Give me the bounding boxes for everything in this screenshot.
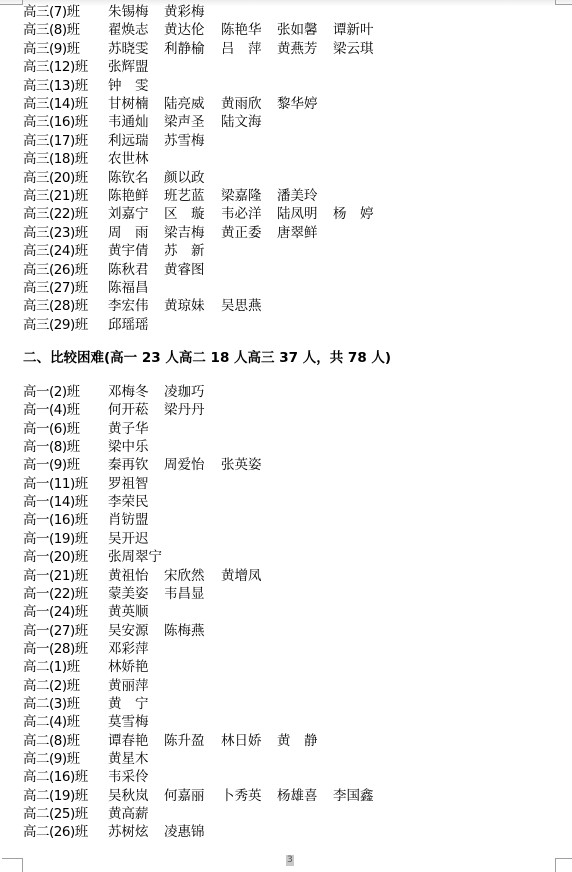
student-name: 黄高薪	[108, 805, 149, 823]
student-name: 黄星木	[108, 750, 149, 768]
class-label: 高三(26)班	[23, 261, 88, 279]
class-row: 高三(29)班邱瑶瑶	[0, 316, 572, 334]
class-label: 高一(2)班	[23, 383, 80, 401]
student-name: 刘嘉宁	[108, 205, 149, 223]
student-name: 黄正委	[221, 224, 262, 242]
student-name: 苏雪梅	[164, 132, 205, 150]
class-label: 高二(2)班	[23, 677, 80, 695]
student-name: 吴开迟	[108, 530, 149, 548]
page-number: 3	[286, 855, 294, 866]
student-name: 陈梅燕	[164, 622, 205, 640]
class-row: 高三(26)班陈秋君黄睿图	[0, 261, 572, 279]
margin-corner-bottom-left	[2, 858, 23, 872]
class-label: 高一(16)班	[23, 511, 88, 529]
student-name: 林娇艳	[108, 658, 149, 676]
class-label: 高一(6)班	[23, 420, 80, 438]
student-name: 莫雪梅	[108, 713, 149, 731]
class-row: 高三(28)班李宏伟黄琼妹吴思燕	[0, 297, 572, 315]
class-label: 高二(8)班	[23, 732, 80, 750]
student-name: 张英姿	[221, 456, 262, 474]
class-label: 高一(9)班	[23, 456, 80, 474]
student-name: 邱瑶瑶	[108, 316, 149, 334]
student-name: 张如馨	[277, 21, 318, 39]
class-row: 高三(16)班韦通灿梁声圣陆文海	[0, 113, 572, 131]
student-name: 韦昌显	[164, 585, 205, 603]
student-name: 李宏伟	[108, 297, 149, 315]
class-row: 高一(4)班何开菘梁丹丹	[0, 401, 572, 419]
class-row: 高一(2)班邓梅冬凌珈巧	[0, 383, 572, 401]
student-name: 唐翠鲜	[277, 224, 318, 242]
student-name: 农世林	[108, 150, 149, 168]
student-name: 苏晓雯	[108, 40, 149, 58]
student-name: 陈福昌	[108, 279, 149, 297]
class-row: 高二(8)班谭春艳陈升盈林日娇黄 静	[0, 732, 572, 750]
class-row: 高一(20)班张周翠宁	[0, 548, 572, 566]
class-row: 高三(27)班陈福昌	[0, 279, 572, 297]
student-name: 李国鑫	[333, 787, 374, 805]
student-name: 何嘉丽	[164, 787, 205, 805]
class-label: 高三(20)班	[23, 169, 88, 187]
class-row: 高二(2)班黄丽萍	[0, 677, 572, 695]
class-label: 高三(18)班	[23, 150, 88, 168]
class-label: 高三(29)班	[23, 316, 88, 334]
student-name: 周爱怡	[164, 456, 205, 474]
student-name: 陈升盈	[164, 732, 205, 750]
student-name: 韦必洋	[221, 205, 262, 223]
student-name: 罗祖智	[108, 475, 149, 493]
student-name: 张辉盟	[108, 58, 149, 76]
class-row: 高三(8)班翟焕志黄达伦陈艳华张如馨谭新叶	[0, 21, 572, 39]
class-row: 高三(23)班周 雨梁吉梅黄正委唐翠鲜	[0, 224, 572, 242]
class-row: 高二(16)班韦采伶	[0, 768, 572, 786]
student-name: 黄睿图	[164, 261, 205, 279]
student-name: 朱锡梅	[108, 3, 149, 21]
student-name: 韦采伶	[108, 768, 149, 786]
class-label: 高三(24)班	[23, 242, 88, 260]
student-name: 潘美玲	[277, 187, 318, 205]
student-name: 黄英顺	[108, 603, 149, 621]
class-row: 高一(14)班李荣民	[0, 493, 572, 511]
class-label: 高二(16)班	[23, 768, 88, 786]
class-row: 高三(17)班利远瑞苏雪梅	[0, 132, 572, 150]
class-label: 高一(4)班	[23, 401, 80, 419]
student-name: 李荣民	[108, 493, 149, 511]
student-name: 陆亮威	[164, 95, 205, 113]
student-name: 韦通灿	[108, 113, 149, 131]
student-name: 黎华婷	[277, 95, 318, 113]
class-row: 高三(9)班苏晓雯利静榆吕 萍黄燕芳梁云琪	[0, 40, 572, 58]
class-label: 高二(9)班	[23, 750, 80, 768]
class-label: 高一(8)班	[23, 438, 80, 456]
class-label: 高三(7)班	[23, 3, 80, 21]
class-label: 高一(27)班	[23, 622, 88, 640]
class-row: 高二(9)班黄星木	[0, 750, 572, 768]
student-name: 邓梅冬	[108, 383, 149, 401]
class-label: 高一(14)班	[23, 493, 88, 511]
class-label: 高一(21)班	[23, 567, 88, 585]
student-name: 邓彩萍	[108, 640, 149, 658]
class-label: 高三(27)班	[23, 279, 88, 297]
class-label: 高一(28)班	[23, 640, 88, 658]
student-name: 黄 静	[277, 732, 318, 750]
class-row: 高二(25)班黄高薪	[0, 805, 572, 823]
student-name: 谭春艳	[108, 732, 149, 750]
class-row: 高一(27)班吴安源陈梅燕	[0, 622, 572, 640]
student-name: 班艺蓝	[164, 187, 205, 205]
student-name: 颜以政	[164, 169, 205, 187]
student-name: 黄 宁	[108, 695, 149, 713]
student-name: 甘树楠	[108, 95, 149, 113]
student-name: 梁丹丹	[164, 401, 205, 419]
class-row: 高二(4)班莫雪梅	[0, 713, 572, 731]
class-row: 高三(14)班甘树楠陆亮威黄雨欣黎华婷	[0, 95, 572, 113]
class-label: 高三(21)班	[23, 187, 88, 205]
student-name: 凌惠锦	[164, 823, 205, 841]
class-label: 高一(22)班	[23, 585, 88, 603]
student-name: 黄子华	[108, 420, 149, 438]
class-label: 高二(19)班	[23, 787, 88, 805]
class-label: 高二(26)班	[23, 823, 88, 841]
class-row: 高一(19)班吴开迟	[0, 530, 572, 548]
student-name: 黄琼妹	[164, 297, 205, 315]
class-label: 高二(25)班	[23, 805, 88, 823]
class-label: 高二(4)班	[23, 713, 80, 731]
student-name: 陈艳华	[221, 21, 262, 39]
class-label: 高一(19)班	[23, 530, 88, 548]
section2-heading: 二、比较困难(高一 23 人高二 18 人高三 37 人，共 78 人)	[23, 349, 391, 367]
class-label: 高三(16)班	[23, 113, 88, 131]
class-label: 高三(22)班	[23, 205, 88, 223]
student-name: 秦再钦	[108, 456, 149, 474]
student-name: 陆凤明	[277, 205, 318, 223]
class-row: 高一(9)班秦再钦周爱怡张英姿	[0, 456, 572, 474]
class-row: 高二(19)班吴秋岚何嘉丽卜秀英杨雄喜李国鑫	[0, 787, 572, 805]
student-name: 梁声圣	[164, 113, 205, 131]
student-name: 谭新叶	[333, 21, 374, 39]
class-row: 高一(11)班罗祖智	[0, 475, 572, 493]
class-label: 高一(20)班	[23, 548, 88, 566]
student-name: 杨雄喜	[277, 787, 318, 805]
class-label: 高三(14)班	[23, 95, 88, 113]
student-name: 凌珈巧	[164, 383, 205, 401]
class-label: 高三(23)班	[23, 224, 88, 242]
class-row: 高一(21)班黄祖怡宋欣然黄增凤	[0, 567, 572, 585]
student-name: 林日娇	[221, 732, 262, 750]
margin-corner-bottom-right	[555, 858, 572, 872]
student-name: 黄祖怡	[108, 567, 149, 585]
student-name: 利静榆	[164, 40, 205, 58]
student-name: 杨 婷	[333, 205, 374, 223]
student-name: 张周翠宁	[108, 548, 162, 566]
student-name: 利远瑞	[108, 132, 149, 150]
class-row: 高三(22)班刘嘉宁区 璇韦必洋陆凤明杨 婷	[0, 205, 572, 223]
class-label: 高三(17)班	[23, 132, 88, 150]
class-row: 高一(22)班蒙美姿韦昌显	[0, 585, 572, 603]
class-row: 高一(16)班肖钫盟	[0, 511, 572, 529]
student-name: 黄宇倩	[108, 242, 149, 260]
class-row: 高三(24)班黄宇倩苏 新	[0, 242, 572, 260]
class-row: 高三(21)班陈艳鲜班艺蓝梁嘉隆潘美玲	[0, 187, 572, 205]
student-name: 黄丽萍	[108, 677, 149, 695]
class-row: 高三(18)班农世林	[0, 150, 572, 168]
student-name: 宋欣然	[164, 567, 205, 585]
student-name: 黄雨欣	[221, 95, 262, 113]
student-name: 苏树炫	[108, 823, 149, 841]
class-row: 高三(12)班张辉盟	[0, 58, 572, 76]
student-name: 黄达伦	[164, 21, 205, 39]
class-label: 高三(13)班	[23, 77, 88, 95]
class-row: 高三(20)班陈钦名颜以政	[0, 169, 572, 187]
student-name: 吴思燕	[221, 297, 262, 315]
student-name: 周 雨	[108, 224, 149, 242]
student-name: 吕 萍	[221, 40, 262, 58]
student-name: 陆文海	[221, 113, 262, 131]
student-name: 肖钫盟	[108, 511, 149, 529]
class-label: 高二(3)班	[23, 695, 80, 713]
student-name: 黄彩梅	[164, 3, 205, 21]
class-label: 高三(12)班	[23, 58, 88, 76]
class-row: 高二(3)班黄 宁	[0, 695, 572, 713]
class-row: 高二(26)班苏树炫凌惠锦	[0, 823, 572, 841]
student-name: 苏 新	[164, 242, 205, 260]
class-label: 高一(24)班	[23, 603, 88, 621]
student-name: 梁中乐	[108, 438, 149, 456]
student-name: 陈艳鲜	[108, 187, 149, 205]
class-row: 高一(28)班邓彩萍	[0, 640, 572, 658]
class-row: 高一(8)班梁中乐	[0, 438, 572, 456]
class-label: 高三(8)班	[23, 21, 80, 39]
class-row: 高一(24)班黄英顺	[0, 603, 572, 621]
student-name: 陈钦名	[108, 169, 149, 187]
student-name: 区 璇	[164, 205, 205, 223]
student-name: 蒙美姿	[108, 585, 149, 603]
student-name: 吴安源	[108, 622, 149, 640]
student-name: 卜秀英	[221, 787, 262, 805]
student-name: 梁嘉隆	[221, 187, 262, 205]
class-label: 高三(28)班	[23, 297, 88, 315]
class-label: 高一(11)班	[23, 475, 88, 493]
student-name: 陈秋君	[108, 261, 149, 279]
student-name: 吴秋岚	[108, 787, 149, 805]
student-name: 黄燕芳	[277, 40, 318, 58]
class-label: 高三(9)班	[23, 40, 80, 58]
class-row: 高一(6)班黄子华	[0, 420, 572, 438]
student-name: 黄增凤	[221, 567, 262, 585]
class-row: 高二(1)班林娇艳	[0, 658, 572, 676]
student-name: 梁吉梅	[164, 224, 205, 242]
class-row: 高三(7)班朱锡梅黄彩梅	[0, 3, 572, 21]
student-name: 翟焕志	[108, 21, 149, 39]
class-label: 高二(1)班	[23, 658, 80, 676]
class-row: 高三(13)班钟 雯	[0, 77, 572, 95]
student-name: 梁云琪	[333, 40, 374, 58]
student-name: 何开菘	[108, 401, 149, 419]
student-name: 钟 雯	[108, 77, 149, 95]
